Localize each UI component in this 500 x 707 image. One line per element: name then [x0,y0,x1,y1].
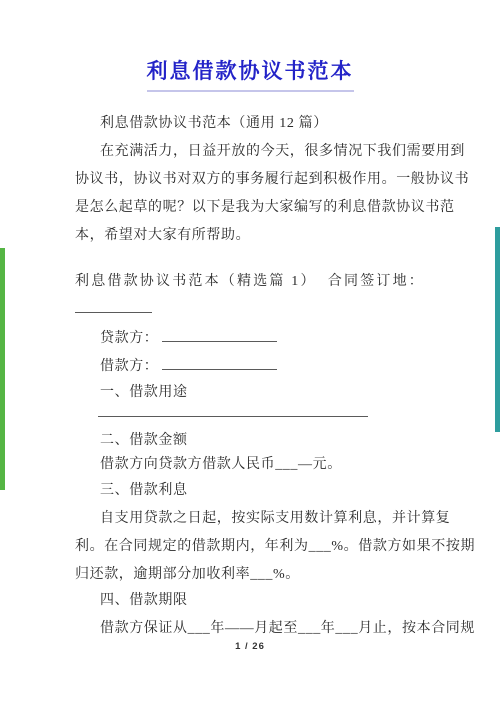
borrower-row: 借款方： [75,355,450,377]
clause-4-title: 四、借款期限 [75,591,450,611]
lender-blank-underline [162,327,277,342]
contract-signing-place-label: 合同签订地： [328,272,425,292]
section-title: 利息借款协议书范本（精选篇 1） [75,272,317,292]
intro-line: 是怎么起草的呢？以下是我为大家编写的利息借款协议书范 [75,198,425,218]
intro-line: 本，希望对大家有所帮助。 [75,226,425,246]
section-title-row: 利息借款协议书范本（精选篇 1） 合同签订地： [75,272,425,292]
clause-3-line: 利。在合同规定的借款期内，年利为___%。借款方如果不按期 [75,537,425,557]
lender-row: 贷款方： [75,327,450,349]
borrower-blank-underline [162,355,277,370]
clause-2-body: 借款方向贷款方借款人民币___—元。 [75,455,450,475]
document-page: 利息借款协议书范本 利息借款协议书范本（通用 12 篇） 在充满活力，日益开放的… [0,0,500,707]
blank-underline [75,296,152,313]
clause-4-line: 借款方保证从___年——月起至___年___月止，按本合同规 [75,619,450,639]
borrower-label: 借款方： [100,359,158,374]
subtitle-line: 利息借款协议书范本（通用 12 篇） [75,114,450,134]
title-row: 利息借款协议书范本 [0,55,500,92]
clause-3-line: 归还款，逾期部分加收利率___%。 [75,565,425,585]
intro-line: 在充满活力，日益开放的今天，很多情况下我们需要用到 [75,142,450,162]
lender-label: 贷款方： [100,331,158,346]
left-edge-decoration-bar [0,248,5,490]
clause-2-title: 二、借款金额 [75,431,450,451]
right-edge-decoration-bar [495,227,500,432]
blank-underline [98,400,368,417]
page-number: 1 / 26 [0,641,500,652]
clause-3-line: 自支用贷款之日起，按实际支用数计算利息，并计算复 [75,509,450,529]
document-title: 利息借款协议书范本 [147,55,354,92]
intro-line: 协议书，协议书对双方的事务履行起到积极作用。一般协议书 [75,170,425,190]
clause-3-title: 三、借款利息 [75,481,450,501]
